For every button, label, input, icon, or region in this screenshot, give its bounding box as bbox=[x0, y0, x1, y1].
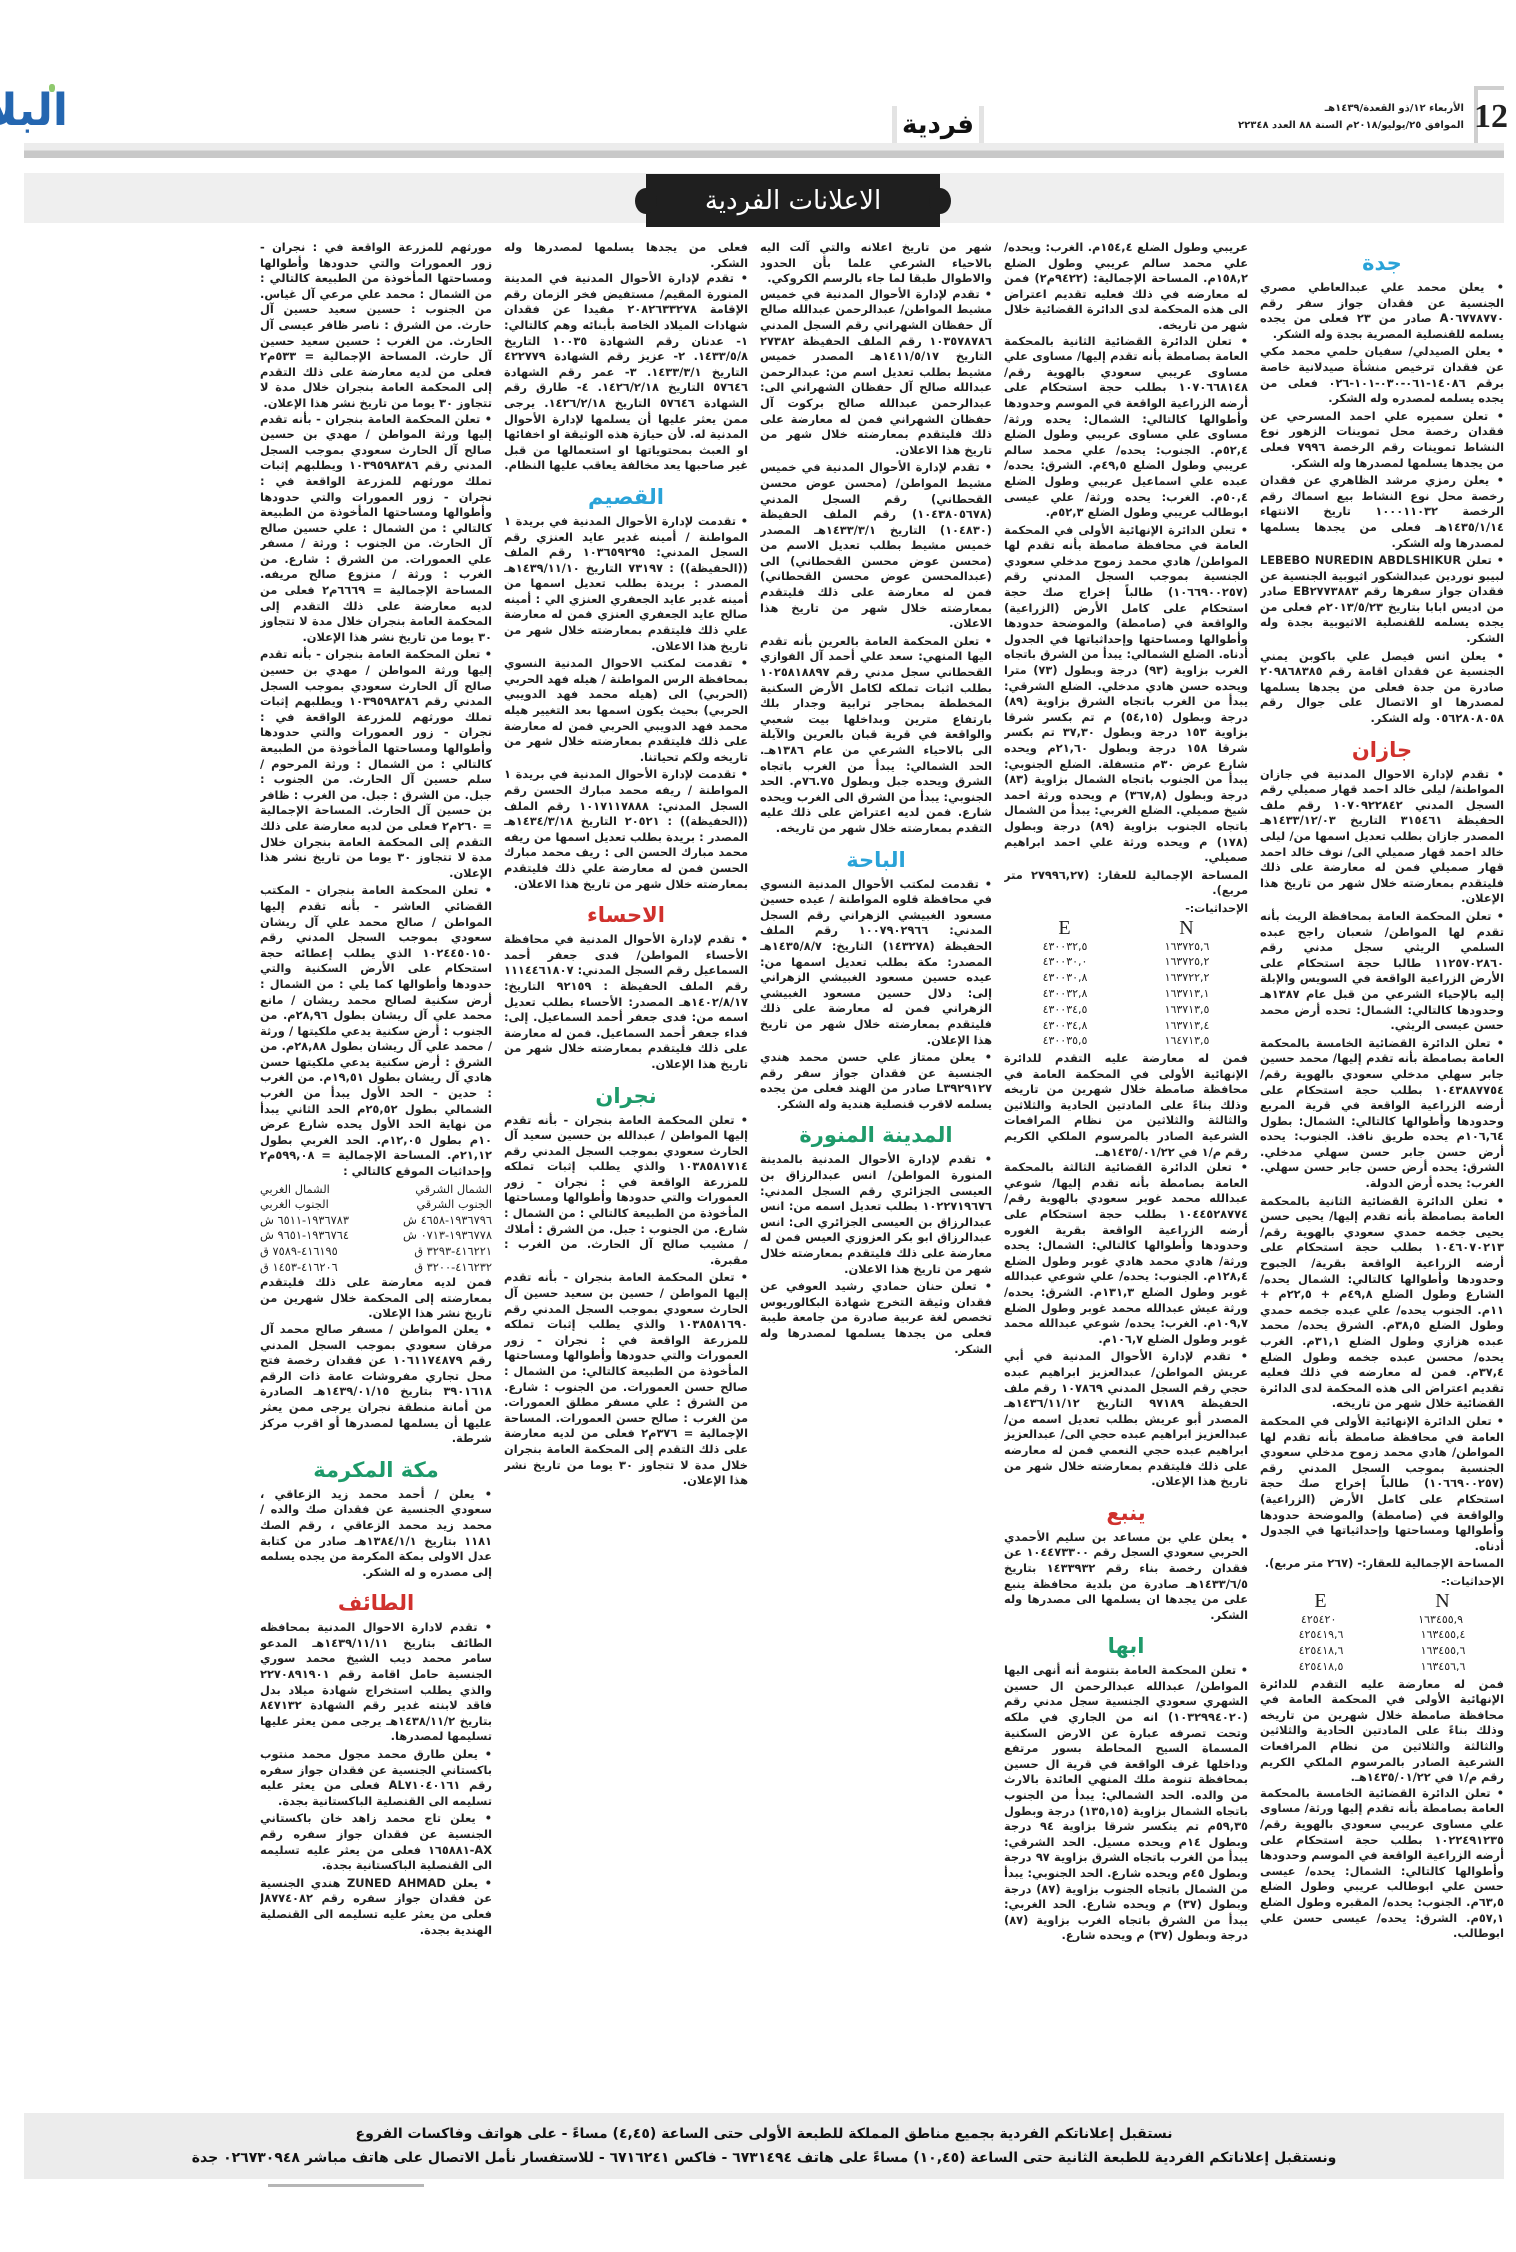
coord-e: ٤٣٠٠٣٢,٨ bbox=[1043, 986, 1088, 1002]
coordinates-row: ١٦٣٤٥٥,٤٤٢٥٤١٩,٦ bbox=[1260, 1627, 1504, 1643]
table-header: الشمال الغربي bbox=[260, 1182, 330, 1198]
table-cell: ١٩٣٦٧٩٦-٤٦٥٨ ش bbox=[403, 1213, 492, 1229]
section-heading-jazan: جازان bbox=[1260, 737, 1504, 763]
classified-ad: تعلن سميره علي احمد المسرحي عن فقدان رخص… bbox=[1260, 409, 1504, 471]
classified-ad: يعلن رمزي مرشد الظاهري عن فقدان رخصة محل… bbox=[1260, 473, 1504, 551]
classified-ad: يعلن محمد علي عبدالعاطي مصري الجنسية عن … bbox=[1260, 280, 1504, 342]
coordinates-row: ١٦٣٧٢٥,٦٤٣٠٠٣٢,٥ bbox=[1004, 939, 1248, 955]
coordinates-row: ١٦٣٤٥٥,٩٤٢٥٤٢٠ bbox=[1260, 1612, 1504, 1628]
coordinates-label: الإحداثيات:- bbox=[1260, 1574, 1504, 1590]
table-cell: ٤١٦١٩٥-٧٥٨٩ ق bbox=[260, 1244, 338, 1260]
classified-columns: جدة يعلن محمد علي عبدالعاطي مصري الجنسية… bbox=[24, 240, 1504, 2098]
classified-ad: تقدمت لإدارة الأحوال المدنية في بريدة ١ … bbox=[504, 514, 748, 654]
classified-ad: تقدم لإدارة الاحوال المدنية في جازان الم… bbox=[1260, 767, 1504, 907]
classified-ad: تقدم لادارة الاحوال المدنية بمحافظه الطا… bbox=[260, 1620, 492, 1745]
column-5: مورثهم للمزرعة الواقعة في : نجران - زور … bbox=[260, 240, 492, 2098]
table-cell: ٤١٦٢٠٦-١٤٥٣ ق bbox=[260, 1260, 338, 1276]
classified-ad: يعلن تاج محمد زاهد خان باكستاني الجنسية … bbox=[260, 1811, 492, 1873]
coord-n: ١٦٤٧١٣,٥ bbox=[1165, 1033, 1210, 1049]
classified-ad: تعلن الدائرة القضائية الثانية بالمحكمة ا… bbox=[1004, 334, 1248, 521]
classified-ad: يعلن المواطن / مسفر صالح محمد آل مرقان س… bbox=[260, 1322, 492, 1447]
section-heading-najran: نجران bbox=[504, 1083, 748, 1109]
coordinates-row: ١٦٣٧١٣,٥٤٣٠٠٣٤,٥ bbox=[1004, 1002, 1248, 1018]
table-header-row: الشمال الشرقيالشمال الغربي bbox=[260, 1182, 492, 1198]
coordinates-row: ١٦٣٤٥٥,٦٤٢٥٤١٨,٦ bbox=[1260, 1643, 1504, 1659]
column-4: فعلى من يجدها يسلمها لمصدرها وله الشكر. … bbox=[504, 240, 748, 2098]
coord-e: ٤٣٠٠٣٤,٥ bbox=[1043, 1002, 1088, 1018]
classified-ad: تعلن حنان حمادي رشيد العوفي عن فقدان وثي… bbox=[760, 1279, 992, 1357]
table-header: الشمال الشرقي bbox=[415, 1182, 492, 1198]
classified-ad: تقدمت لمكتب الأحوال المدنية النسوي في مح… bbox=[760, 877, 992, 1049]
classified-ad: تعلن الدائرة الإنهائية الأولى في المحكمة… bbox=[1260, 1414, 1504, 1554]
classified-ad: يعلن ZUNED AHMAD هندي الجنسية عن فقدان ج… bbox=[260, 1876, 492, 1938]
classified-ad: تقدمت لإدارة الأحوال المدنية في بريدة ١ … bbox=[504, 767, 748, 892]
classified-ad: يعلن طارق محمد مجول محمد منتوب باكستاني … bbox=[260, 1747, 492, 1809]
plaque-right-cap bbox=[929, 188, 951, 214]
header-e: E bbox=[1058, 917, 1070, 939]
table-cell: ٤١٦٢٣٢-٣٢٠٠ ق bbox=[414, 1260, 492, 1276]
classified-ad: تقدم لإدارة الأحوال المدنية في محافظة ال… bbox=[504, 932, 748, 1072]
footer-line-2: ونستقبل إعلاناتكم الفردية للطبعة الثانية… bbox=[192, 2146, 1337, 2170]
classified-ad: تقدم لإدارة الأحوال المدنية في أبي عريش … bbox=[1004, 1349, 1248, 1489]
coord-n: ١٦٣٤٥٦,٦ bbox=[1421, 1659, 1466, 1675]
classified-ad: تعلن الدائرة الإنهائية الأولى في المحكمة… bbox=[1004, 523, 1248, 866]
map-icon bbox=[49, 84, 55, 92]
coordinates-row: ١٦٣٧١٣,١٤٣٠٠٣٢,٨ bbox=[1004, 986, 1248, 1002]
coord-e: ٤٣٠٠٣٤,٨ bbox=[1043, 1018, 1088, 1034]
page-number: 12 bbox=[1474, 98, 1508, 136]
masthead-bar: 12 الأربعاء ١٢/ذو القعدة/١٤٣٩هـ الموافق … bbox=[24, 86, 1504, 146]
coord-e: ٤٢٥٤١٩,٦ bbox=[1299, 1627, 1344, 1643]
site-coordinates-table: الشمال الشرقيالشمال الغربي الجنوب الشرقي… bbox=[260, 1182, 492, 1276]
table-row: ٤١٦٢٣٢-٣٢٠٠ ق٤١٦٢٠٦-١٤٥٣ ق bbox=[260, 1260, 492, 1276]
logo-text: البلاد bbox=[0, 85, 68, 136]
coord-n: ١٦٣٧٢٢,٢ bbox=[1165, 970, 1210, 986]
column-2: عريبي وطول الضلع ١٥٤,٤م. الغرب: ويحده/ ع… bbox=[1004, 240, 1248, 2098]
section-heading-qassim: القصيم bbox=[504, 484, 748, 510]
classified-ad: يعلن / أحمد محمد زيد الزعاقي ، سعودي الج… bbox=[260, 1487, 492, 1581]
area-line: المساحة الإجمالية للعقار: (٢٧٩٩٦,٢٧ متر … bbox=[1004, 868, 1248, 899]
table-cell: ١٩٣٦٧٦٤-٩٦٥١ ش bbox=[260, 1228, 349, 1244]
table-header-row: الجنوب الشرقيالجنوب الغربي bbox=[260, 1197, 492, 1213]
section-label: فردية bbox=[892, 106, 984, 144]
classified-ad: تعلن LEBEBO NUREDIN ABDLSHIKUR لبيبو نور… bbox=[1260, 553, 1504, 647]
continued-text: عريبي وطول الضلع ١٥٤,٤م. الغرب: ويحده/ ع… bbox=[1004, 240, 1248, 334]
classified-ad: تعلن المحكمة العامة بنجران - المكتب القض… bbox=[260, 883, 492, 1179]
classified-ad: يعلن ممتاز علي حسن محمد هندي الجنسية عن … bbox=[760, 1050, 992, 1112]
coord-e: ٤٣٠٠٣٥,٥ bbox=[1043, 1033, 1088, 1049]
page-title: الاعلانات الفردية bbox=[705, 186, 881, 216]
classified-ad: تعلن المحكمة العامة بنجران - بأنه تقدم إ… bbox=[504, 1113, 748, 1269]
coord-n: ١٦٣٧٢٥,٦ bbox=[1165, 939, 1210, 955]
coord-e: ٤٣٠٠٣٢,٥ bbox=[1043, 939, 1088, 955]
classified-ad: تقدم لإدارة الأحوال المدنية في المدينة ا… bbox=[504, 271, 748, 474]
classified-ad: تقدم لإدارة الأحوال المدنية في خميس مشيط… bbox=[760, 287, 992, 459]
coord-n: ١٦٣٧١٣,١ bbox=[1165, 986, 1210, 1002]
section-heading-madinah: المدينة المنورة bbox=[760, 1122, 992, 1148]
coordinates-row: ١٦٣٧١٣,٤٤٣٠٠٣٤,٨ bbox=[1004, 1018, 1248, 1034]
section-heading-jeddah: جدة bbox=[1260, 250, 1504, 276]
classified-ad: تعلن الدائرة القضائية الثالثة بالمحكمة ا… bbox=[1004, 1160, 1248, 1347]
column-3: شهر من تاريخ اعلانه والتي آلت اليه بالاح… bbox=[760, 240, 992, 2098]
table-row: ١٩٣٦٧٩٦-٤٦٥٨ ش١٩٣٦٧٨٣-٦٥١١ ش bbox=[260, 1213, 492, 1229]
table-header: الجنوب الشرقي bbox=[416, 1197, 492, 1213]
classified-ad: تعلن المحكمة العامة بمحافظة الريث بأنه ت… bbox=[1260, 909, 1504, 1034]
coordinates-table: الإحداثيات:- N E ١٦٣٧٢٥,٦٤٣٠٠٣٢,٥ ١٦٣٧٢٥… bbox=[1004, 901, 1248, 1049]
classified-ad: تعلن الدائرة القضائية الثانية بالمحكمة ا… bbox=[1260, 1194, 1504, 1412]
closing-text: فمن له معارضة عليه التقدم للدائرة الإنها… bbox=[1260, 1677, 1504, 1786]
classified-ad: تعلن الدائرة القضائية الخامسة بالمحكمة ا… bbox=[1260, 1786, 1504, 1942]
footer-line-1: نستقبل إعلاناتكم الفردية بجميع مناطق الم… bbox=[356, 2122, 1173, 2146]
coord-n: ١٦٣٤٥٥,٦ bbox=[1421, 1643, 1466, 1659]
date-hijri: الأربعاء ١٢/ذو القعدة/١٤٣٩هـ bbox=[1238, 100, 1464, 117]
coord-n: ١٦٣٧١٣,٤ bbox=[1165, 1018, 1210, 1034]
table-cell: ١٩٣٦٧٨٣-٦٥١١ ش bbox=[260, 1213, 349, 1229]
column-1: جدة يعلن محمد علي عبدالعاطي مصري الجنسية… bbox=[1260, 240, 1504, 2098]
coordinates-row: ١٦٤٧١٣,٥٤٣٠٠٣٥,٥ bbox=[1004, 1033, 1248, 1049]
table-row: ٤١٦٢٢١-٣٢٩٣ ق٤١٦١٩٥-٧٥٨٩ ق bbox=[260, 1244, 492, 1260]
footer-contact-band: نستقبل إعلاناتكم الفردية بجميع مناطق الم… bbox=[24, 2113, 1504, 2179]
coord-n: ١٦٣٧١٣,٥ bbox=[1165, 1002, 1210, 1018]
coordinates-label: الإحداثيات:- bbox=[1004, 901, 1248, 917]
plaque-left-cap bbox=[635, 188, 657, 214]
classified-ad: تقدم لإدارة الأحوال المدنية بالمدينة الم… bbox=[760, 1152, 992, 1277]
classified-ad: تعلن المحكمة العامة بنجران - بأنه تقدم إ… bbox=[260, 647, 492, 881]
coordinates-table: الإحداثيات:- N E ١٦٣٤٥٥,٩٤٢٥٤٢٠ ١٦٣٤٥٥,٤… bbox=[1260, 1574, 1504, 1675]
section-heading-taif: الطائف bbox=[260, 1590, 492, 1616]
classified-ad: يعلن الصيدلي/ سفيان حلمي محمد مكي عن فقد… bbox=[1260, 344, 1504, 406]
coordinates-header: N E bbox=[1004, 917, 1248, 939]
masthead-rule bbox=[24, 143, 1504, 158]
coordinates-header: N E bbox=[1260, 1590, 1504, 1612]
date-gregorian: الموافق ٢٥/يوليو/٢٠١٨م السنة ٨٨ العدد ٢٢… bbox=[1238, 117, 1464, 134]
coord-e: ٤٢٥٤١٨,٥ bbox=[1299, 1659, 1344, 1675]
closing-text: فمن لديه معارضة على ذلك فليتقدم بمعارضته… bbox=[260, 1275, 492, 1322]
classified-ad: تعلن المحكمة العامة بتنومة أنه أنهى اليه… bbox=[1004, 1663, 1248, 1944]
classified-ad: تعلن الدائرة القضائية الخامسة بالمحكمة ا… bbox=[1260, 1036, 1504, 1192]
continued-text: شهر من تاريخ اعلانه والتي آلت اليه بالاح… bbox=[760, 240, 992, 287]
issue-date: الأربعاء ١٢/ذو القعدة/١٤٣٩هـ الموافق ٢٥/… bbox=[1238, 100, 1464, 134]
title-plaque: الاعلانات الفردية bbox=[646, 174, 940, 227]
classified-ad: يعلن انس فيصل علي باكوبن يمني الجنسية عن… bbox=[1260, 649, 1504, 727]
classified-ad: تعلن المحكمة العامة بنجران - بأنه تقدم إ… bbox=[260, 412, 492, 646]
continued-text: فعلى من يجدها يسلمها لمصدرها وله الشكر. bbox=[504, 240, 748, 271]
coord-e: ٤٢٥٤٢٠ bbox=[1301, 1612, 1336, 1628]
classified-ad: تقدم لإدارة الأحوال المدنية في خميس مشيط… bbox=[760, 460, 992, 632]
section-heading-yanbu: ينبع bbox=[1004, 1500, 1248, 1526]
classified-ad: تقدمت لمكتب الاحوال المدنية النسوي بمحاف… bbox=[504, 656, 748, 765]
header-n: N bbox=[1179, 917, 1193, 939]
coordinates-row: ١٦٣٧٢٥,٢٤٣٠٠٣٠,٠ bbox=[1004, 954, 1248, 970]
closing-text: فمن له معارضة عليه التقدم للدائرة الإنها… bbox=[1004, 1051, 1248, 1160]
footer-rule bbox=[268, 2184, 424, 2187]
classified-ad: تعلن المحكمة العامة بالعرين بأنه تقدم ال… bbox=[760, 634, 992, 837]
page-number-box: 12 bbox=[1474, 86, 1504, 144]
area-line: المساحة الإجمالية للعقار:- (٢٦٧ متر مربع… bbox=[1260, 1556, 1504, 1572]
section-heading-baha: الباحة bbox=[760, 847, 992, 873]
coordinates-row: ١٦٣٧٢٢,٢٤٣٠٠٣٠,٨ bbox=[1004, 970, 1248, 986]
coord-e: ٤٣٠٠٣٠,٨ bbox=[1043, 970, 1088, 986]
classified-ad: يعلن علي بن مساعد بن سليم الأحمدي الحربي… bbox=[1004, 1530, 1248, 1624]
continued-text: مورثهم للمزرعة الواقعة في : نجران - زور … bbox=[260, 240, 492, 412]
header-n: N bbox=[1435, 1590, 1449, 1612]
table-row: ١٩٣٦٧٧٨-٠٧١٣ ش١٩٣٦٧٦٤-٩٦٥١ ش bbox=[260, 1228, 492, 1244]
newspaper-logo[interactable]: البلاد bbox=[24, 86, 68, 146]
coord-e: ٤٢٥٤١٨,٦ bbox=[1299, 1643, 1344, 1659]
coordinates-row: ١٦٣٤٥٦,٦٤٢٥٤١٨,٥ bbox=[1260, 1659, 1504, 1675]
coord-e: ٤٣٠٠٣٠,٠ bbox=[1043, 954, 1088, 970]
table-cell: ٤١٦٢٢١-٣٢٩٣ ق bbox=[414, 1244, 492, 1260]
section-heading-makkah: مكة المكرمة bbox=[260, 1457, 492, 1483]
coord-n: ١٦٣٤٥٥,٤ bbox=[1421, 1627, 1466, 1643]
coord-n: ١٦٣٧٢٥,٢ bbox=[1165, 954, 1210, 970]
header-e: E bbox=[1314, 1590, 1326, 1612]
section-heading-ahsa: الاحساء bbox=[504, 902, 748, 928]
section-heading-abha: ابها bbox=[1004, 1633, 1248, 1659]
coord-n: ١٦٣٤٥٥,٩ bbox=[1418, 1612, 1463, 1628]
classified-ad: تعلن المحكمة العامة بنجران - بأنه تقدم إ… bbox=[504, 1270, 748, 1488]
table-header: الجنوب الغربي bbox=[260, 1197, 329, 1213]
table-cell: ١٩٣٦٧٧٨-٠٧١٣ ش bbox=[403, 1228, 492, 1244]
